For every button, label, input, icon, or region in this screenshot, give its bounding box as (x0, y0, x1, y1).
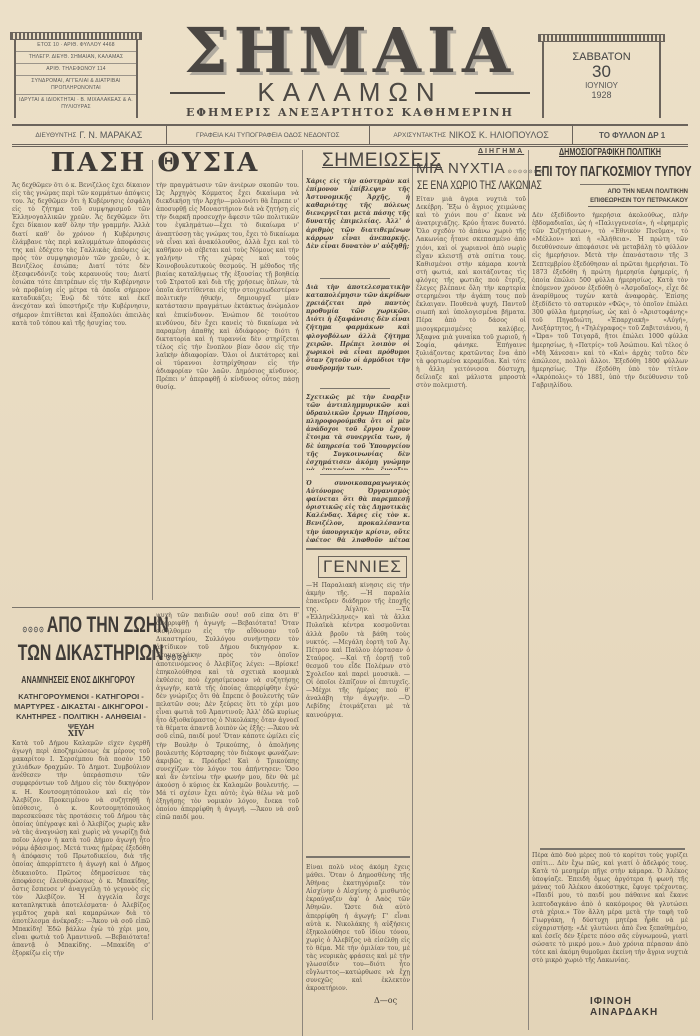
offices-cell: ΓΡΑΦΕΙΑ ΚΑΙ ΤΥΠΟΓΡΑΦΕΙΑ ΟΔΟΣ ΝΕΔΟΝΤΟΣ (167, 126, 370, 144)
note-divider (320, 474, 390, 475)
signature-gennies: Δ—ος (374, 996, 397, 1005)
headline-mia-nychtia: ΜΙΑ ΝΥΧΤΙΑ ⊙⊙⊙⊙⊙⊙⊙ (416, 160, 544, 177)
newspaper-title: ΣΗΜΑΙΑ (160, 18, 540, 84)
column-rule (528, 150, 529, 1030)
newspaper-page: ΕΤΟΣ 10 · ΑΡΙΘ. ΦΥΛΛΟΥ 4468 ΤΗΛΕΓΡ. ΔΙΕΥ… (0, 0, 700, 1036)
month: ΙΟΥΝΙΟΥ (544, 81, 659, 90)
note-paragraph: Διὰ τὴν ἀποτελεσματικὴν καταπολέμησιν τῶ… (306, 284, 410, 382)
note-paragraph: Ὁ συνοικοπαραγωγικὸς Αὐτόνομος Ὀργανισμὸ… (306, 480, 410, 542)
ear-line: ΣΥΝΔΡΟΜΑΙ, ΑΓΓΕΛΙΑΙ & ΔΙΑΤΡΙΒΑΙ ΠΡΟΠΛΗΡΩ… (16, 76, 136, 95)
price-text: ΤΟ ΦΥΛΛΟΝ ΔΡ 1 (599, 131, 665, 140)
headline-pasi-thysia: ΠΑΣΗ ΘΥΣΙΑ (20, 148, 290, 178)
kicker-diigima: ΔΙΗΓΗΜΑ (478, 148, 524, 155)
left-ear-info-box: ΕΤΟΣ 10 · ΑΡΙΘ. ΦΥΛΛΟΥ 4468 ΤΗΛΕΓΡ. ΔΙΕΥ… (14, 40, 138, 118)
staff-info-bar: ΔΙΕΥΘΥΝΤΗΣ Γ. Ν. ΜΑΡΑΚΑΣ ΓΡΑΦΕΙΑ ΚΑΙ ΤΥΠ… (12, 124, 688, 147)
note-paragraph: Χάρις εἰς τὴν αὐστηρὰν καὶ ἐπίμονον ἐπίβ… (306, 178, 410, 270)
director-cell: ΔΙΕΥΘΥΝΤΗΣ Γ. Ν. ΜΑΡΑΚΑΣ (12, 126, 167, 144)
editor-label: ΑΡΧΙΣΥΝΤΑΚΤΗΣ (393, 132, 446, 139)
article-body-gennies-2: Εἶναι πολὺ νέος ἀκόμη ἔχεις μάθει. Ὅταν … (306, 864, 410, 994)
headline-mia-nychtia-line2: ΣΕ ΕΝΑ ΧΩΡΙΟ ΤΗΣ ΛΑΚΩΝΙΑΣ (417, 178, 525, 192)
year: 1928 (544, 90, 659, 100)
ear-line: ΕΤΟΣ 10 · ΑΡΙΘ. ΦΥΛΛΟΥ 4468 (16, 40, 136, 52)
headline-pagkosmiou-typou: ΕΠΙ ΤΟΥ ΠΑΓΚΟΣΜΙΟΥ ΤΥΠΟΥ (534, 163, 685, 180)
column-rule (152, 160, 153, 600)
ear-line: ΙΔΡΥΤΑΙ & ΙΔΙΟΚΤΗΤΑΙ · Β. ΜΙΧΑΛΑΚΕΑΣ & Α… (16, 95, 136, 113)
article-body-mia-nychtia-cont: Πέρα ἀπὸ δυὸ μέρες ποὺ τὸ κορίτσι τοὺς γ… (532, 852, 688, 1000)
section-divider (540, 848, 685, 850)
day-number: 30 (544, 63, 659, 81)
note-paragraph: Σχετικῶς μὲ τὴν ἔναρξιν τῶν ἀντιπλημμυρι… (306, 394, 410, 470)
ornament: ⊙⊙⊙⊙ (22, 625, 47, 634)
director-label: ΔΙΕΥΘΥΝΤΗΣ (35, 132, 76, 139)
date-box: ΣΑΒΒΑΤΟΝ 30 ΙΟΥΝΙΟΥ 1928 (542, 42, 661, 118)
ornamental-border (538, 34, 665, 42)
section-divider (306, 856, 410, 858)
headline-zoni-line1: ⊙⊙⊙⊙ ΑΠΟ ΤΗΝ ΖΩΗΝ (22, 612, 137, 638)
note-divider (320, 388, 390, 389)
article-body-dimosiografiki: Δὲν ἐξεδίδοντο ἡμερήσια ἀκολούθως, πλὴν … (532, 212, 688, 764)
ornamental-border (10, 32, 142, 40)
kicker-dimosiografiki: ΔΗΜΟΣΙΟΓΡΑΦΙΚΗ ΠΟΛΙΤΙΚΗ (542, 147, 679, 158)
headline-zoni-line2: ΤΩΝ ΔΙΚΑΣΤΗΡΙΩΝ ⊙⊙⊙⊙ (18, 640, 140, 666)
note-divider (320, 278, 390, 279)
deck-dimosiografiki: ΑΠΟ ΤΗΝ ΝΕΑΝ ΠΟΛΙΤΙΚΗΝ ΕΠΙΘΕΩΡΗΣΙΝ ΤΟΥ Π… (588, 188, 688, 207)
newspaper-tagline: ΕΦΗΜΕΡΙΣ ΑΝΕΞΑΡΤΗΤΟΣ ΚΑΘΗΜΕΡΙΝΗ (160, 106, 540, 119)
offices-text: ΓΡΑΦΕΙΑ ΚΑΙ ΤΥΠΟΓΡΑΦΕΙΑ ΟΔΟΣ ΝΕΔΟΝΤΟΣ (196, 132, 340, 139)
editor-name: ΝΙΚΟΣ Κ. ΗΛΙΟΠΟΥΛΟΣ (449, 130, 549, 140)
article-body-pasi-thysia-col2: τὴν πραγμάτωσιν τῶν ἀνιέρων σκοπῶν του. … (156, 182, 299, 604)
subdeck-zoni: ΚΑΤΗΓΟΡΟΥΜΕΝΟΙ - ΚΑΤΗΓΟΡΟΙ - ΜΑΡΤΥΡΕΣ - … (12, 692, 150, 732)
deck-zoni: ΑΝΑΜΝΗΣΕΙΣ ΕΝΟΣ ΔΙΚΗΓΟΡΟΥ (21, 675, 130, 686)
ear-line: ΑΡΙΘ. ΤΗΛΕΦΩΝΟΥ 114 (16, 64, 136, 76)
price-cell: ΤΟ ΦΥΛΛΟΝ ΔΡ 1 (573, 126, 688, 144)
article-body-pasi-thysia-col1: Ἄς δεχθῶμεν ὅτι ὁ κ. Βενιζέλος ἔχει δίκα… (12, 182, 150, 604)
column-rule (152, 650, 153, 1020)
article-body-zoni-col2: ψυχὴ τῶν παιδιῶν σου! σοῦ εἶπα ὅτι θ' ἀπ… (156, 612, 299, 1030)
signature-ifinoi: ΙΦΙΝΟΗ ΑΙΝΑΡΔΑΚΗ (590, 996, 700, 1018)
article-body-gennies: —Ἡ Παραλιακὴ κίνησις εἰς τὴν ἀκμὴν τῆς. … (306, 582, 410, 850)
section-divider (306, 548, 410, 550)
ear-line: ΤΗΛΕΓΡ. ΔΙΕΥΘ. ΣΗΜΑΙΑΝ, ΚΑΛΑΜΑΣ (16, 52, 136, 64)
article-body-mia-nychtia: Εἴταν μιὰ ἄγρια νυχτιὰ τοῦ Δεκέβρη. Ἔξω … (416, 196, 526, 1030)
editor-cell: ΑΡΧΙΣΥΝΤΑΚΤΗΣ ΝΙΚΟΣ Κ. ΗΛΙΟΠΟΥΛΟΣ (370, 126, 573, 144)
column-rule (302, 150, 303, 1036)
newspaper-subtitle: ΚΑΛΑΜΩΝ (160, 78, 540, 106)
section-divider (12, 607, 300, 608)
director-name: Γ. Ν. ΜΑΡΑΚΑΣ (79, 130, 142, 140)
headline-divider (580, 184, 630, 185)
article-body-zoni-col1: Κατὰ τοῦ Δήμου Καλαμῶν εἶχεν ἐγερθῆ ἀγωγ… (12, 740, 150, 1030)
column-rule (412, 150, 413, 1030)
headline-gennies: ΓΕΝΝΙΕΣ (318, 556, 407, 578)
part-number: XIV (0, 728, 152, 738)
